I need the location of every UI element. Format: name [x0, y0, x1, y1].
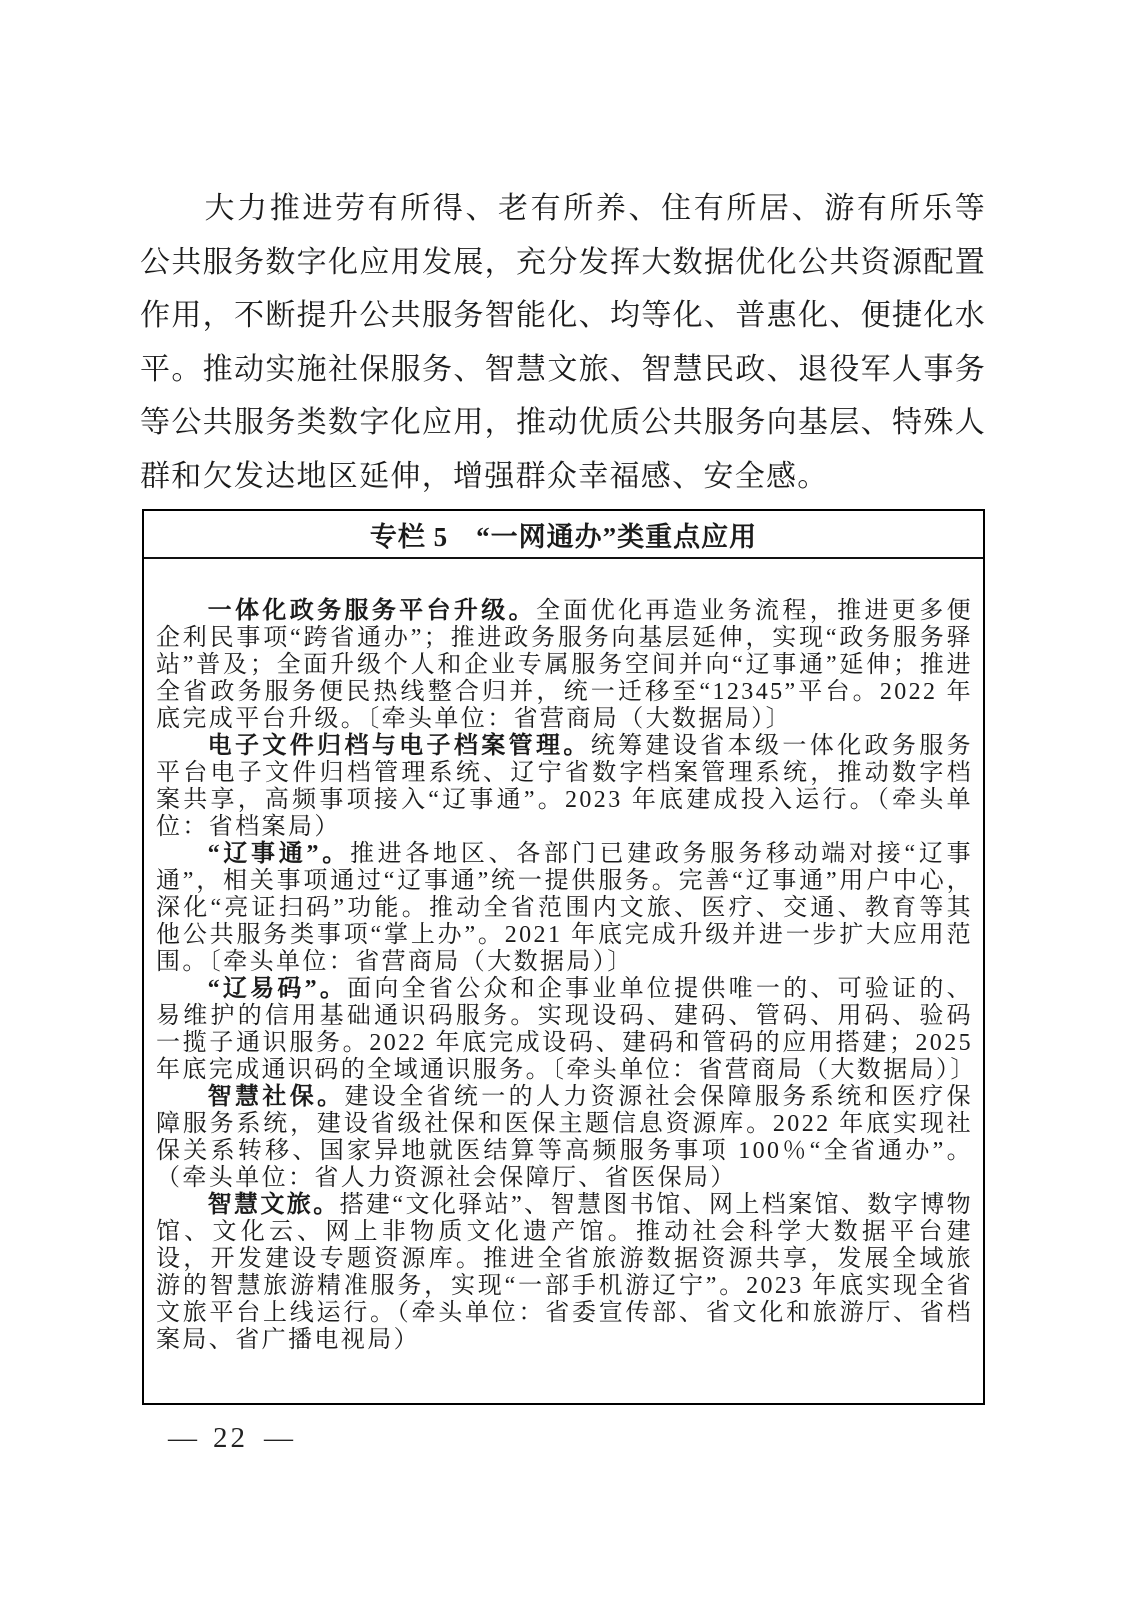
panel-paragraph-heading: 一体化政务服务平台升级。 [208, 598, 536, 624]
panel-paragraph-heading: 智慧社保。 [208, 1084, 345, 1110]
panel-paragraph: 智慧文旅。搭建“文化驿站”、智慧图书馆、网上档案馆、数字博物馆、文化云、网上非物… [156, 1192, 973, 1354]
highlight-box-body: 一体化政务服务平台升级。全面优化再造业务流程，推进更多便企利民事项“跨省通办”；… [144, 559, 983, 1354]
panel-paragraph: 电子文件归档与电子档案管理。统筹建设省本级一体化政务服务平台电子文件归档管理系统… [156, 733, 973, 841]
highlight-box-header: 专栏 5 “一网通办”类重点应用 [144, 511, 983, 559]
panel-paragraph: “辽易码”。面向全省公众和企事业单位提供唯一的、可验证的、易维护的信用基础通识码… [156, 976, 973, 1084]
panel-paragraph-heading: “辽事通”。 [208, 841, 350, 867]
panel-paragraph-heading: 电子文件归档与电子档案管理。 [208, 733, 591, 759]
footer-dash-right: — [264, 1422, 293, 1454]
intro-paragraph: 大力推进劳有所得、老有所养、住有所居、游有所乐等公共服务数字化应用发展，充分发挥… [140, 182, 986, 503]
highlight-box: 专栏 5 “一网通办”类重点应用 一体化政务服务平台升级。全面优化再造业务流程，… [142, 509, 985, 1405]
panel-paragraph: 智慧社保。建设全省统一的人力资源社会保障服务系统和医疗保障服务系统，建设省级社保… [156, 1084, 973, 1192]
panel-paragraph-heading: “辽易码”。 [208, 976, 348, 1002]
page-footer: —22— [168, 1422, 293, 1455]
page-number: 22 [213, 1422, 248, 1454]
panel-paragraph-heading: 智慧文旅。 [208, 1192, 340, 1218]
panel-paragraph: 一体化政务服务平台升级。全面优化再造业务流程，推进更多便企利民事项“跨省通办”；… [156, 598, 973, 733]
panel-paragraph: “辽事通”。推进各地区、各部门已建政务服务移动端对接“辽事通”，相关事项通过“辽… [156, 841, 973, 976]
document-page: 大力推进劳有所得、老有所养、住有所居、游有所乐等公共服务数字化应用发展，充分发挥… [0, 0, 1131, 1600]
footer-dash-left: — [168, 1422, 197, 1454]
highlight-box-title: 专栏 5 “一网通办”类重点应用 [370, 515, 757, 554]
